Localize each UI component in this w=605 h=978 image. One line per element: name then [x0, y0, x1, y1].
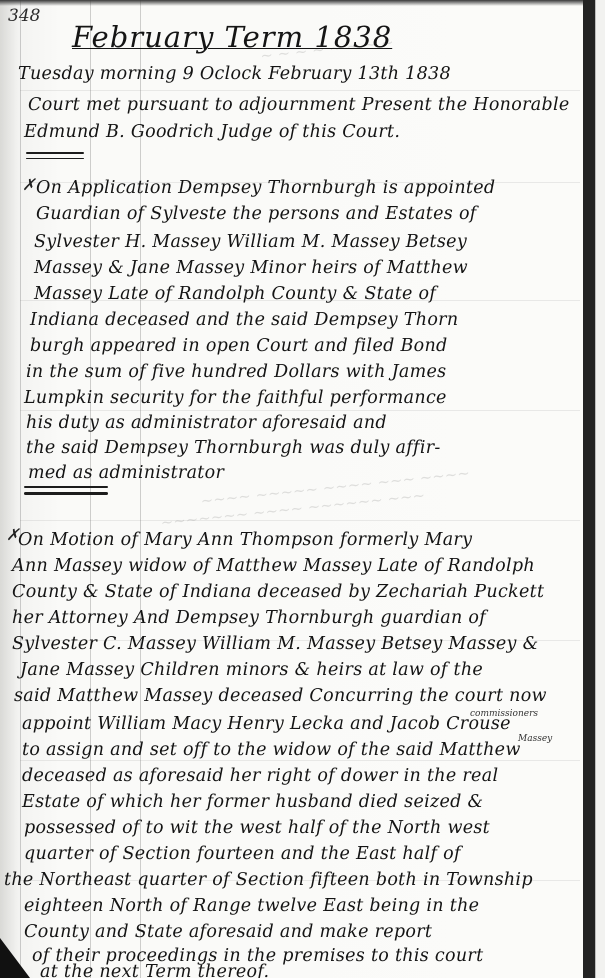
ledger-rule [20, 90, 580, 91]
interlinear-insertion: Massey [518, 734, 552, 744]
entry-line: County & State of Indiana deceased by Ze… [12, 582, 544, 602]
entry-line: On Application Dempsey Thornburgh is app… [36, 178, 495, 198]
entry-line: On Motion of Mary Ann Thompson formerly … [18, 530, 472, 550]
entry-line: possessed of to wit the west half of the… [24, 818, 490, 838]
entry-line: Ann Massey widow of Matthew Massey Late … [12, 556, 535, 576]
ledger-rule [20, 760, 580, 761]
ledger-rule [20, 410, 580, 411]
entry-line: Edmund B. Goodrich Judge of this Court. [24, 122, 400, 142]
entry-line: County and State aforesaid and make repo… [24, 922, 432, 942]
entry-line: Guardian of Sylveste the persons and Est… [36, 204, 477, 224]
entry-line: deceased as aforesaid her right of dower… [22, 766, 498, 786]
entry-line: to assign and set off to the widow of th… [22, 740, 521, 760]
section-divider [26, 152, 84, 154]
section-divider [26, 158, 84, 159]
entry-line: burgh appeared in open Court and filed B… [30, 336, 448, 356]
entry-line: med as administrator [28, 463, 224, 483]
ledger-page: ~ ~ ~ ~ ~ ~ ~ ~ ~~~~ ~~~~~ ~~~~ ~~~ ~~~~… [0, 0, 585, 978]
margin-x-mark: ✗ [22, 175, 35, 194]
left-margin-rule [20, 0, 21, 978]
entry-line: quarter of Section fourteen and the East… [24, 844, 461, 864]
entry-line: in the sum of five hundred Dollars with … [26, 362, 446, 382]
entry-line: Jane Massey Children minors & heirs at l… [20, 660, 483, 680]
entry-line: the Northeast quarter of Section fifteen… [4, 870, 533, 890]
entry-line: Massey & Jane Massey Minor heirs of Matt… [34, 258, 468, 278]
entry-line: eighteen North of Range twelve East bein… [24, 896, 479, 916]
entry-line: Lumpkin security for the faithful perfor… [24, 388, 447, 408]
entry-line: Court met pursuant to adjournment Presen… [28, 95, 570, 115]
section-divider [24, 486, 108, 488]
scan-corner-shadow [0, 938, 30, 978]
entry-line: Sylvester C. Massey William M. Massey Be… [12, 634, 538, 654]
entry-line: his duty as administrator aforesaid and [26, 413, 387, 433]
scan-top-edge [0, 0, 605, 6]
entry-line: said Matthew Massey deceased Concurring … [14, 686, 547, 706]
page-heading: February Term 1838 [72, 20, 392, 54]
entry-line: Tuesday morning 9 Oclock February 13th 1… [18, 64, 451, 84]
entry-line: Estate of which her former husband died … [22, 792, 483, 812]
book-binding-gutter [583, 0, 595, 978]
entry-line: at the next Term thereof. [40, 962, 269, 978]
page-number: 348 [8, 6, 40, 26]
entry-line: Massey Late of Randolph County & State o… [34, 284, 436, 304]
section-divider [24, 492, 108, 495]
entry-line: her Attorney And Dempsey Thornburgh guar… [12, 608, 486, 628]
entry-line: the said Dempsey Thornburgh was duly aff… [26, 438, 441, 458]
adjacent-page-edge [595, 0, 605, 978]
entry-line: Sylvester H. Massey William M. Massey Be… [34, 232, 467, 252]
entry-line: Indiana deceased and the said Dempsey Th… [30, 310, 458, 330]
entry-line: appoint William Macy Henry Lecka and Jac… [22, 714, 511, 734]
ledger-rule [20, 520, 580, 521]
